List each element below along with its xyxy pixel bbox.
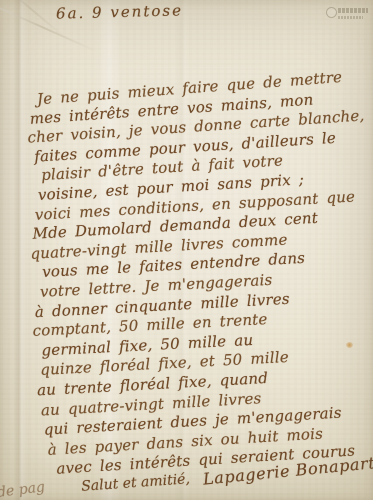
watermark-text-row bbox=[338, 8, 368, 13]
closing-salutation: Salut et amitié, bbox=[81, 471, 191, 495]
bottom-left-fragment: de pag bbox=[0, 479, 46, 500]
watermark-stamp bbox=[326, 6, 368, 23]
watermark-logo-icon bbox=[326, 7, 337, 18]
watermark-text-row bbox=[338, 16, 363, 19]
manuscript-photo: 6a. 9 ventose Je ne puis mieux faire que… bbox=[0, 0, 373, 500]
fold-crease-left bbox=[14, 0, 26, 500]
top-annotation: 6a. 9 ventose bbox=[56, 1, 183, 22]
paper-sheet: 6a. 9 ventose Je ne puis mieux faire que… bbox=[0, 0, 373, 500]
letter-body: Je ne puis mieux faire que de mettremes … bbox=[20, 71, 373, 492]
